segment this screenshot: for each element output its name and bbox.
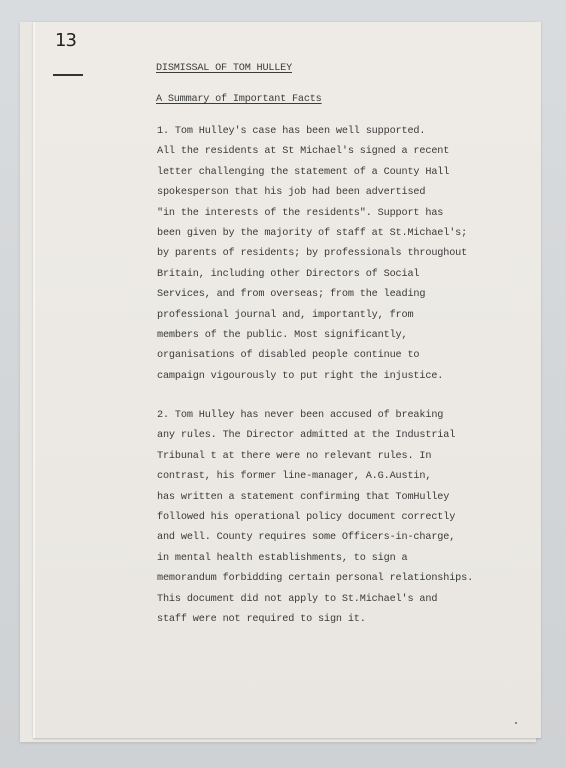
text-line: Tribunal t at there were no relevant rul… (157, 447, 527, 467)
text-line: members of the public. Most significantl… (157, 326, 527, 346)
text-line: followed his operational policy document… (157, 508, 527, 528)
text-line: any rules. The Director admitted at the … (157, 426, 527, 446)
text-line: has written a statement confirming that … (157, 488, 527, 508)
margin-rule (53, 74, 83, 76)
text-line: 2. Tom Hulley has never been accused of … (157, 406, 527, 426)
text-line: memorandum forbidding certain personal r… (157, 569, 527, 589)
text-line: in mental health establishments, to sign… (157, 549, 527, 569)
text-line: been given by the majority of staff at S… (157, 224, 527, 244)
document-title: DISMISSAL OF TOM HULLEY (156, 63, 292, 74)
text-line: professional journal and, importantly, f… (157, 306, 527, 326)
text-line: Britain, including other Directors of So… (157, 265, 527, 285)
text-line: and well. County requires some Officers-… (157, 528, 527, 548)
page-number: 13 (55, 30, 76, 51)
page-edge (33, 22, 35, 738)
text-line: Services, and from overseas; from the le… (157, 285, 527, 305)
text-line: staff were not required to sign it. (157, 610, 527, 630)
text-line: spokesperson that his job had been adver… (157, 183, 527, 203)
paragraph-1: 1. Tom Hulley's case has been well suppo… (157, 122, 527, 387)
document-page: 13 DISMISSAL OF TOM HULLEY A Summary of … (33, 22, 541, 738)
document-subtitle: A Summary of Important Facts (156, 94, 322, 105)
text-line: by parents of residents; by professional… (157, 244, 527, 264)
text-line: "in the interests of the residents". Sup… (157, 204, 527, 224)
text-line: All the residents at St Michael's signed… (157, 142, 527, 162)
paragraph-2: 2. Tom Hulley has never been accused of … (157, 406, 527, 630)
paper-speck (515, 722, 517, 724)
text-line: 1. Tom Hulley's case has been well suppo… (157, 122, 527, 142)
text-line: campaign vigourously to put right the in… (157, 367, 527, 387)
text-line: contrast, his former line-manager, A.G.A… (157, 467, 527, 487)
text-line: organisations of disabled people continu… (157, 346, 527, 366)
text-line: This document did not apply to St.Michae… (157, 590, 527, 610)
text-line: letter challenging the statement of a Co… (157, 163, 527, 183)
